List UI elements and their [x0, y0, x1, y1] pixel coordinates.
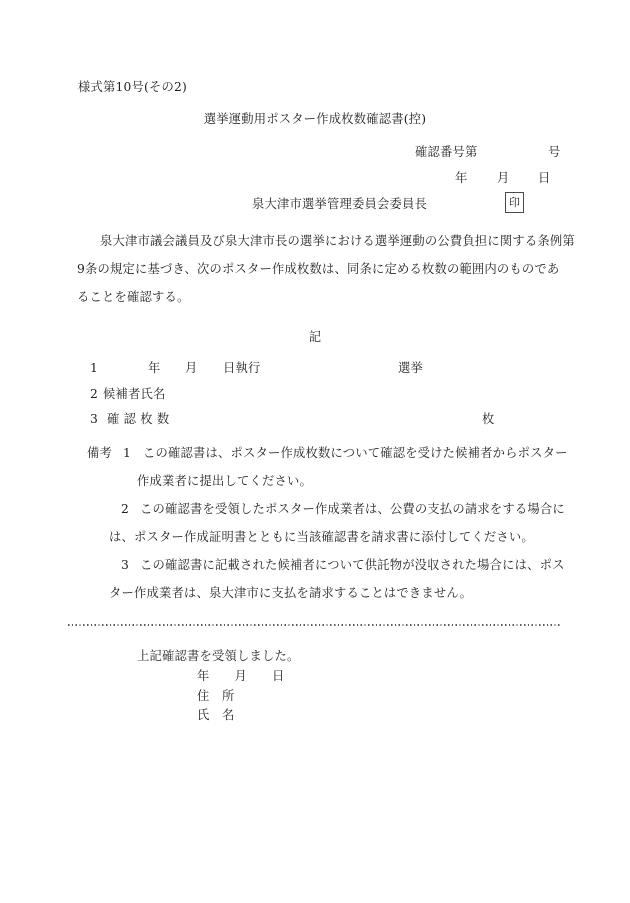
item-1-day-exec-label: 日執行 [223, 361, 261, 375]
remark-2-line-2: は、ポスター作成証明書とともに当該確認書を請求書に添付してください。 [109, 530, 534, 544]
remarks-label: 備考 [87, 446, 112, 460]
remark-2-line-1: この確認書を受領したポスター作成業者は、公費の支払の請求をする場合に [140, 502, 565, 516]
issue-date-day-label: 日 [538, 171, 551, 185]
remark-2-number: 2 [121, 502, 129, 516]
main-paragraph-line-2: 9条の規定に基づき、次のポスター作成枚数は、同条に定める枚数の範囲内のものであ [77, 262, 559, 276]
dotted-separator [68, 624, 560, 626]
seal-box: 印 [505, 192, 524, 213]
receipt-date-line: 年 月 日 [197, 669, 284, 683]
form-number: 様式第10号(その2) [78, 80, 187, 94]
remark-1-line-1: この確認書は、ポスター作成枚数について確認を受けた候補者からポスター [143, 446, 568, 460]
issuer-title: 泉大津市選挙管理委員会委員長 [252, 197, 427, 211]
document-page: 様式第10号(その2) 選挙運動用ポスター作成枚数確認書(控) 確認番号第 号 … [0, 0, 630, 903]
receipt-name-label: 氏 名 [197, 708, 235, 722]
seal-mark: 印 [509, 197, 520, 208]
record-heading: 記 [0, 330, 630, 344]
item-1-year-label: 年 [148, 361, 161, 375]
confirmation-number-label: 確認番号第 [415, 145, 478, 159]
item-1-month-label: 月 [185, 361, 198, 375]
item-3-unit-label: 枚 [482, 412, 495, 426]
item-2-label: 候補者氏名 [103, 387, 166, 401]
main-paragraph-line-1: 泉大津市議会議員及び泉大津市長の選挙における選挙運動の公費負担に関する条例第 [100, 234, 575, 248]
main-paragraph-line-3: ることを確認する。 [77, 290, 189, 304]
remark-3-number: 3 [121, 558, 129, 572]
issue-date-year-label: 年 [455, 171, 468, 185]
remark-1-line-2: 作成業者に提出してください。 [137, 474, 312, 488]
item-2-number: 2 [90, 387, 98, 401]
item-1-number: 1 [90, 361, 98, 375]
item-1-election-label: 選挙 [398, 361, 423, 375]
receipt-statement: 上記確認書を受領しました。 [137, 649, 299, 663]
remark-3-line-1: この確認書に記載された候補者について供託物が没収された場合には、ポス [140, 558, 565, 572]
issue-date-month-label: 月 [497, 171, 510, 185]
remark-3-line-2: ター作成業者は、泉大津市に支払を請求することはできません。 [109, 586, 472, 600]
remark-1-number: 1 [123, 446, 131, 460]
item-3-label: 確 認 枚 数 [107, 412, 169, 426]
receipt-address-label: 住 所 [197, 689, 235, 703]
item-3-number: 3 [90, 412, 98, 426]
confirmation-number-unit: 号 [548, 145, 561, 159]
document-title: 選挙運動用ポスター作成枚数確認書(控) [0, 112, 630, 126]
